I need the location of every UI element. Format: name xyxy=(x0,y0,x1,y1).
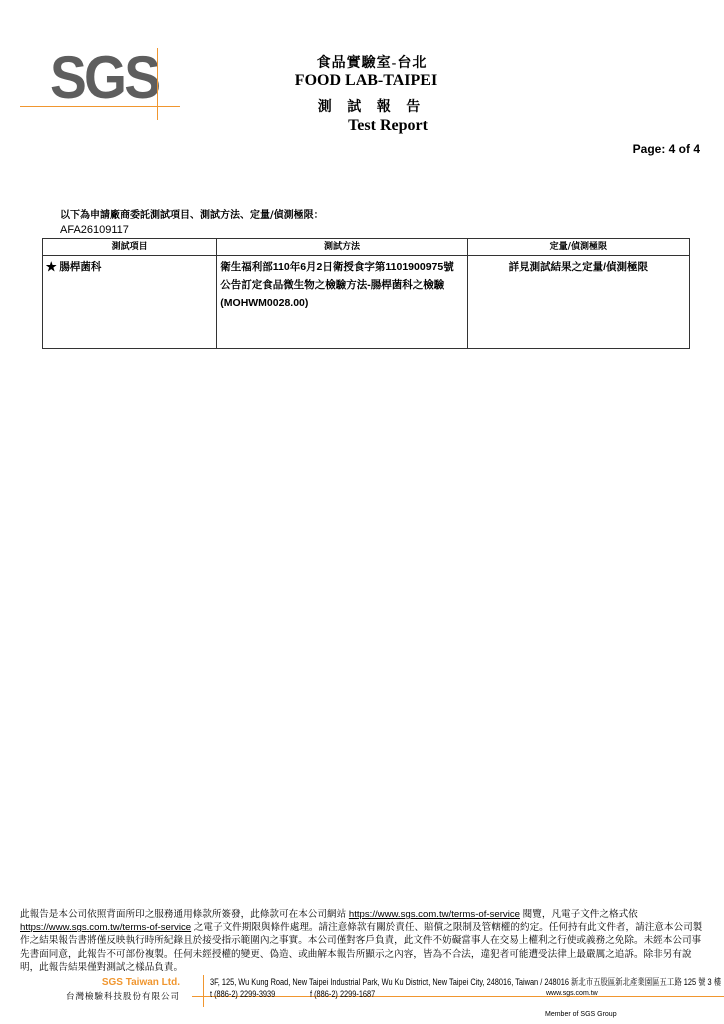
disclaimer-part-1: 此報告是本公司依照背面所印之服務通用條款所簽發，此條款可在本公司網站 xyxy=(20,909,349,920)
test-spec-table: 測試項目 測試方法 定量/偵測極限 ★ 腸桿菌科 衛生福利部110年6月2日衛授… xyxy=(42,238,690,349)
column-header-method: 測試方法 xyxy=(217,239,467,256)
lab-name-en: FOOD LAB-TAIPEI xyxy=(4,72,724,90)
column-header-item: 測試項目 xyxy=(43,239,217,256)
lab-name-zh: 食品實驗室-台北 xyxy=(10,52,724,72)
intro-text: 以下為申請廠商委託測試項目、測試方法、定量/偵測極限： xyxy=(60,206,324,221)
footer-vertical-line xyxy=(203,975,204,1007)
test-method-cell: 衛生福利部110年6月2日衛授食字第1101900975號公告訂定食品微生物之檢… xyxy=(217,256,467,349)
company-name-zh: 台灣檢驗科技股份有限公司 xyxy=(40,990,180,1002)
table-row: ★ 腸桿菌科 衛生福利部110年6月2日衛授食字第1101900975號公告訂定… xyxy=(43,256,690,349)
member-of-sgs-group: Member of SGS Group xyxy=(545,1011,617,1018)
company-name-en: SGS Taiwan Ltd. xyxy=(60,977,180,988)
test-item-cell: ★ 腸桿菌科 xyxy=(43,256,217,349)
report-title-en: Test Report xyxy=(26,117,724,135)
terms-link[interactable]: https://www.sgs.com.tw/terms-of-service xyxy=(349,909,520,920)
reference-number: AFA26109117 xyxy=(60,224,129,236)
company-telephone: t (886-2) 2299-3939 xyxy=(210,989,275,999)
terms-link-2[interactable]: https://www.sgs.com.tw/terms-of-service xyxy=(20,922,191,933)
legal-disclaimer: 此報告是本公司依照背面所印之服務通用條款所簽發，此條款可在本公司網站 https… xyxy=(20,908,708,974)
report-title-zh: 測 試 報 告 xyxy=(10,96,724,116)
disclaimer-part-2: 閱覽，凡電子文件之格式依 xyxy=(520,909,638,920)
column-header-limit: 定量/偵測極限 xyxy=(467,239,689,256)
company-website[interactable]: www.sgs.com.tw xyxy=(546,990,598,997)
company-address: 3F, 125, Wu Kung Road, New Taipei Indust… xyxy=(210,975,721,988)
table-header-row: 測試項目 測試方法 定量/偵測極限 xyxy=(43,239,690,256)
test-limit-cell: 詳見測試結果之定量/偵測極限 xyxy=(467,256,689,349)
company-fax: f (886-2) 2299-1687 xyxy=(310,989,375,999)
page-number: Page: 4 of 4 xyxy=(633,142,700,156)
